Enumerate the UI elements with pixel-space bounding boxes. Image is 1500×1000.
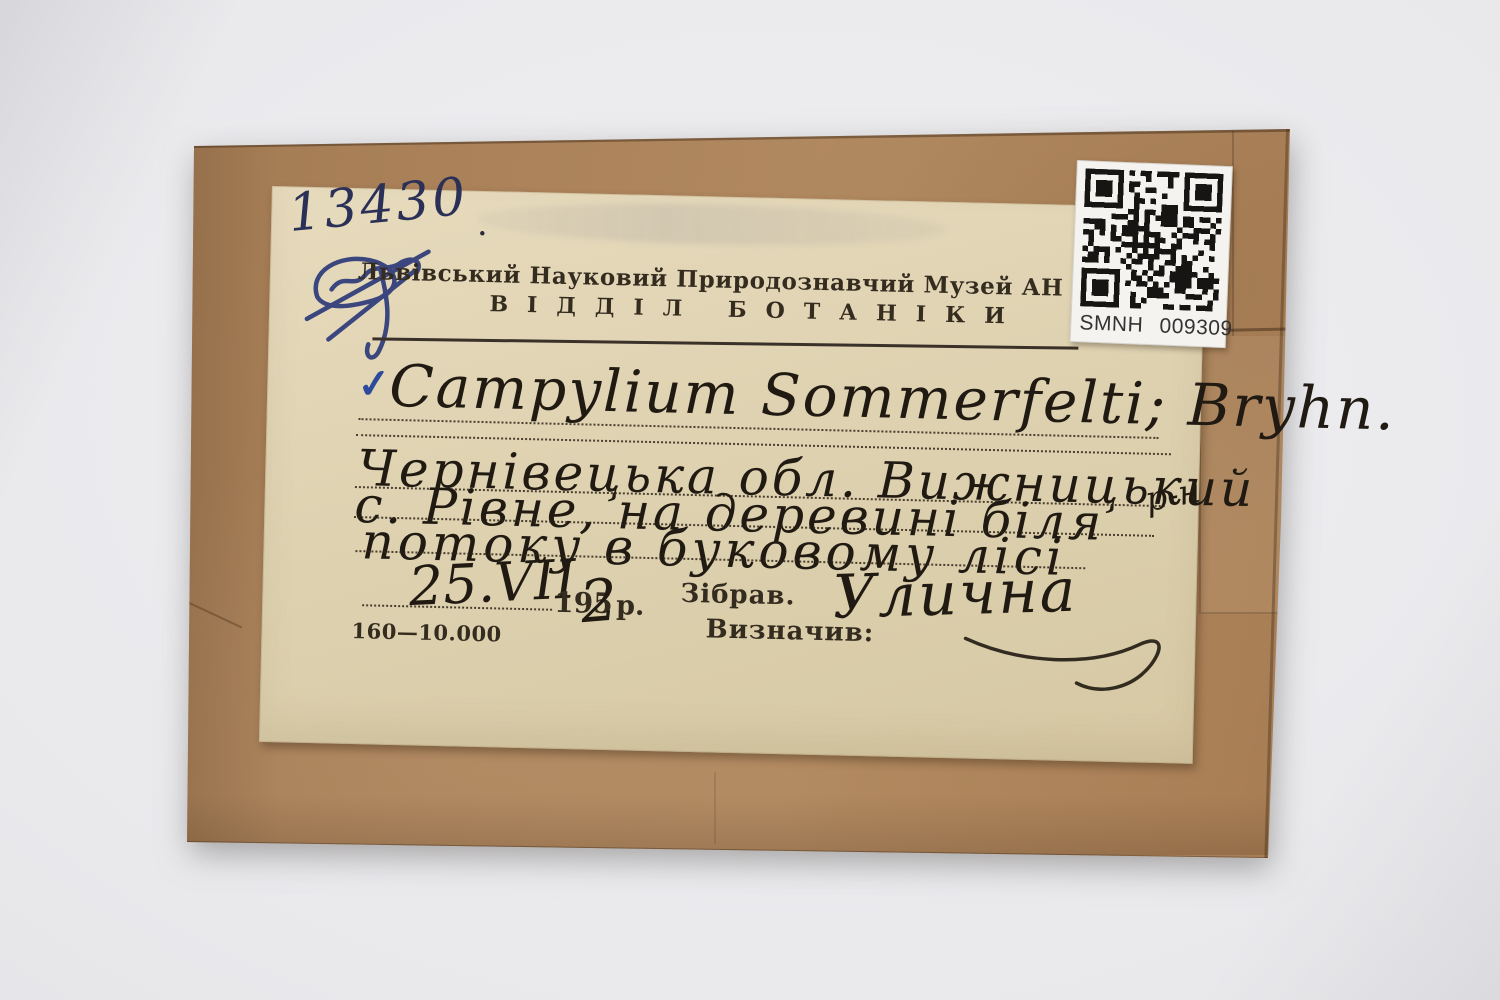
stray-dot: . — [477, 207, 489, 241]
date-day-month: 25.VII — [408, 552, 578, 614]
determiner-signature: Улична — [832, 561, 1078, 628]
envelope-crease-right-top — [1232, 131, 1234, 336]
year-suffix: р. — [616, 592, 645, 620]
collected-by-label: Зібрав. — [680, 581, 796, 610]
qr-code — [1080, 168, 1223, 311]
envelope-bottom-shading — [187, 795, 1277, 855]
header-rule — [372, 337, 1078, 349]
qr-sticker: SMNH 009309 — [1070, 160, 1233, 348]
qr-code-text: SMNH 009309 — [1079, 311, 1233, 341]
year-digit-handwritten: 2 — [578, 570, 619, 631]
print-run-code: 160—10.000 — [351, 620, 502, 645]
photo-background: 13430 . Львівський Науковий Природознавч… — [0, 0, 1500, 1000]
ink-bleed-ghost — [476, 199, 947, 250]
signature-flourish — [960, 620, 1177, 700]
checkmark-icon: ✓ — [356, 363, 393, 406]
herbarium-label: 13430 . Львівський Науковий Природознавч… — [259, 186, 1206, 764]
envelope-crease-bottom-center — [714, 772, 716, 844]
